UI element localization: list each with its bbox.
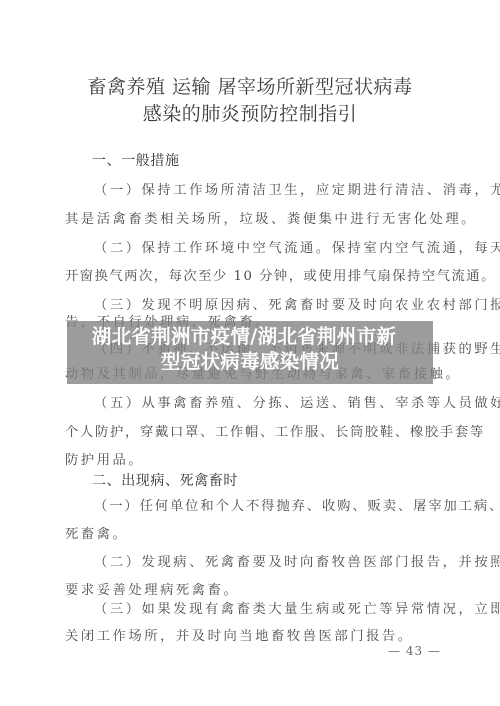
section-heading-general-measures: 一、一般措施 (92, 151, 180, 171)
paragraph-line: （二）保持工作环境中空气流通。保持室内空气流通，每天 (94, 239, 500, 259)
section-heading-sick-dead-animals: 二、出现病、死禽畜时 (92, 471, 238, 491)
document-title-line-2: 感染的肺炎预防控制指引 (0, 101, 500, 127)
document-title-line-1: 畜禽养殖 运输 屠宰场所新型冠状病毒 (0, 74, 500, 100)
paragraph-line: 开窗换气两次，每次至少 10 分钟，或使用排气扇保持空气流通。 (65, 267, 496, 287)
paragraph-line: 死畜禽。 (65, 525, 128, 545)
caption-title-line-1: 湖北省荆洲市疫情/湖北省荆州市新 (74, 325, 414, 349)
caption-title-line-2: 型冠状病毒感染情况 (0, 350, 500, 374)
paragraph-line: 个人防护，穿戴口罩、工作帽、工作服、长筒胶鞋、橡胶手套等 (65, 423, 485, 443)
paragraph-line: （二）发现病、死禽畜要及时向畜牧兽医部门报告，并按照 (94, 553, 500, 573)
paragraph-line: （五）从事禽畜养殖、分拣、运送、销售、宰杀等人员做好 (94, 394, 500, 414)
paragraph-line: 其是活禽畜类相关场所，垃圾、粪便集中进行无害化处理。 (65, 210, 477, 230)
paragraph-line: 要求妥善处理病死禽畜。 (65, 581, 239, 601)
paragraph-line: 防护用品。 (65, 451, 144, 471)
paragraph-line: （三）如果发现有禽畜类大量生病或死亡等异常情况，立即 (94, 600, 500, 620)
paragraph-line: （一）保持工作场所清洁卫生，应定期进行清洁、消毒，尤 (94, 181, 500, 201)
page-number: — 43 — (388, 644, 441, 658)
paragraph-line: （一）任何单位和个人不得抛弃、收购、贩卖、屠宰加工病、 (94, 497, 500, 517)
paragraph-line: 关闭工作场所，并及时向当地畜牧兽医部门报告。 (65, 627, 414, 647)
